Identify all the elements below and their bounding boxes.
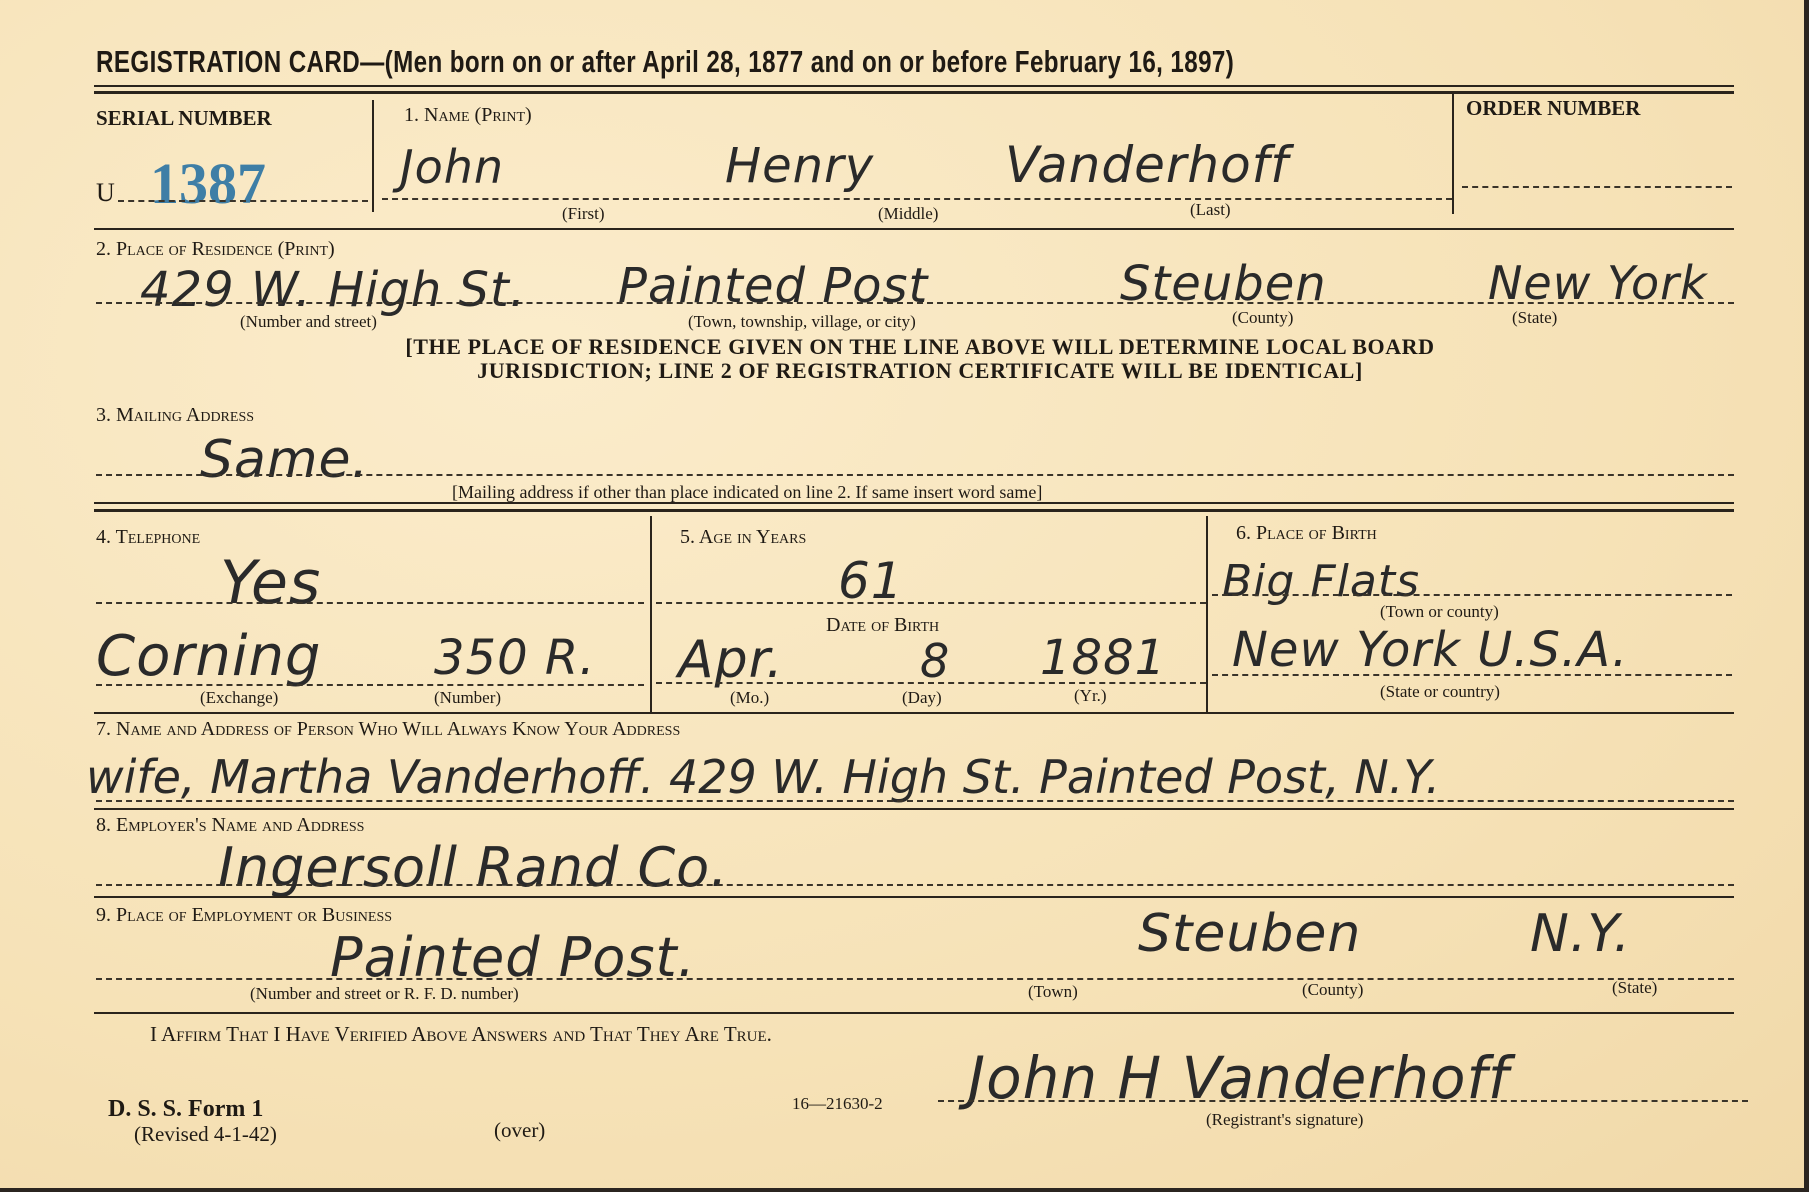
- residence-town: Painted Post: [618, 258, 928, 314]
- over-note: (over): [494, 1118, 545, 1143]
- employment-label: 9. Place of Employment or Business: [96, 904, 392, 927]
- telephone-exchange: Corning: [96, 624, 321, 689]
- birthplace-town-caption: (Town or county): [1380, 602, 1499, 622]
- dob-line: [656, 682, 1206, 684]
- employment-state-caption: (State): [1612, 978, 1657, 998]
- mailing-caption: [Mailing address if other than place ind…: [452, 482, 1042, 503]
- section-rule: [94, 808, 1734, 810]
- residence-label: 2. Place of Residence (Print): [96, 238, 335, 261]
- last-name: Vanderhoff: [1005, 136, 1289, 194]
- birthplace-town-line: [1212, 594, 1732, 596]
- serial-number-label: SERIAL NUMBER: [96, 106, 272, 131]
- employment-state: N.Y.: [1530, 904, 1631, 964]
- section-rule: [94, 228, 1734, 230]
- residence-notice-line1: [THE PLACE OF RESIDENCE GIVEN ON THE LIN…: [200, 334, 1640, 360]
- contact-value: wife, Martha Vanderhoff. 429 W. High St.…: [86, 750, 1440, 804]
- section-rule: [94, 896, 1734, 898]
- order-number-label: ORDER NUMBER: [1466, 96, 1640, 121]
- name-label: 1. Name (Print): [404, 104, 532, 127]
- section-rule-double: [94, 509, 1734, 512]
- middle-name: Henry: [725, 138, 874, 194]
- serial-prefix: U: [96, 178, 115, 208]
- serial-number-value: 1387: [150, 150, 266, 217]
- exchange-caption: (Exchange): [200, 688, 278, 708]
- registration-card: REGISTRATION CARD—(Men born on or after …: [0, 0, 1804, 1188]
- telephone-line: [96, 602, 644, 604]
- title-rule: [94, 85, 1734, 87]
- signature-line: [938, 1100, 1748, 1102]
- section-rule: [94, 1012, 1734, 1014]
- day-caption: (Day): [902, 688, 942, 708]
- order-number-line: [1462, 186, 1732, 188]
- birthplace-town: Big Flats: [1222, 556, 1420, 607]
- state-caption: (State): [1512, 308, 1557, 328]
- telephone-number: 350 R.: [434, 630, 595, 686]
- residence-line: [96, 302, 1734, 304]
- telephone-number-line: [96, 684, 644, 686]
- signature-caption: (Registrant's signature): [1206, 1110, 1363, 1130]
- number-caption: (Number): [434, 688, 501, 708]
- contact-line: [96, 800, 1734, 802]
- affirmation-text: I Affirm That I Have Verified Above Answ…: [150, 1022, 772, 1047]
- name-line: [382, 198, 1452, 200]
- town-caption: (Town, township, village, or city): [688, 312, 916, 332]
- birthplace-state: New York U.S.A.: [1232, 622, 1628, 678]
- form-number: D. S. S. Form 1: [108, 1096, 263, 1123]
- middle-caption: (Middle): [878, 204, 938, 224]
- card-title: REGISTRATION CARD—(Men born on or after …: [96, 44, 1234, 80]
- birth-day: 8: [920, 634, 950, 688]
- employer-value: Ingersoll Rand Co.: [218, 836, 728, 899]
- employment-line: [96, 978, 1734, 980]
- age-line: [656, 602, 1206, 604]
- birthplace-state-line: [1212, 674, 1732, 676]
- county-caption: (County): [1232, 308, 1293, 328]
- residence-notice-line2: JURISDICTION; LINE 2 OF REGISTRATION CER…: [200, 358, 1640, 384]
- print-code: 16—21630-2: [792, 1094, 883, 1114]
- birthplace-state-caption: (State or country): [1380, 682, 1500, 702]
- employment-county: Steuben: [1138, 904, 1361, 964]
- month-caption: (Mo.): [730, 688, 769, 708]
- first-name: John: [400, 140, 504, 194]
- last-caption: (Last): [1190, 200, 1231, 220]
- mailing-address-label: 3. Mailing Address: [96, 404, 254, 427]
- mailing-address-value: Same.: [200, 430, 369, 490]
- birth-month: Apr.: [678, 630, 784, 690]
- divider: [1206, 516, 1208, 712]
- mailing-line: [96, 474, 1734, 476]
- telephone-has-phone: Yes: [220, 548, 321, 618]
- telephone-label: 4. Telephone: [96, 526, 200, 549]
- employment-town-caption: (Town): [1028, 982, 1078, 1002]
- year-caption: (Yr.): [1074, 686, 1107, 706]
- employer-label: 8. Employer's Name and Address: [96, 814, 364, 837]
- section-rule: [94, 502, 1734, 504]
- title-rule-double: [94, 91, 1734, 94]
- employment-county-caption: (County): [1302, 980, 1363, 1000]
- street-caption: (Number and street): [240, 312, 377, 332]
- serial-line: [118, 200, 368, 202]
- birth-year: 1881: [1040, 630, 1166, 686]
- residence-street: 429 W. High St.: [140, 262, 526, 318]
- birthplace-label: 6. Place of Birth: [1236, 522, 1377, 545]
- age-label: 5. Age in Years: [680, 526, 806, 549]
- contact-label: 7. Name and Address of Person Who Will A…: [96, 718, 680, 741]
- employer-line: [96, 884, 1734, 886]
- divider: [650, 516, 652, 712]
- employment-street-caption: (Number and street or R. F. D. number): [250, 984, 519, 1004]
- section-rule: [94, 712, 1734, 714]
- first-caption: (First): [562, 204, 605, 224]
- divider: [372, 100, 374, 212]
- form-revised: (Revised 4-1-42): [134, 1122, 277, 1147]
- divider: [1452, 94, 1454, 214]
